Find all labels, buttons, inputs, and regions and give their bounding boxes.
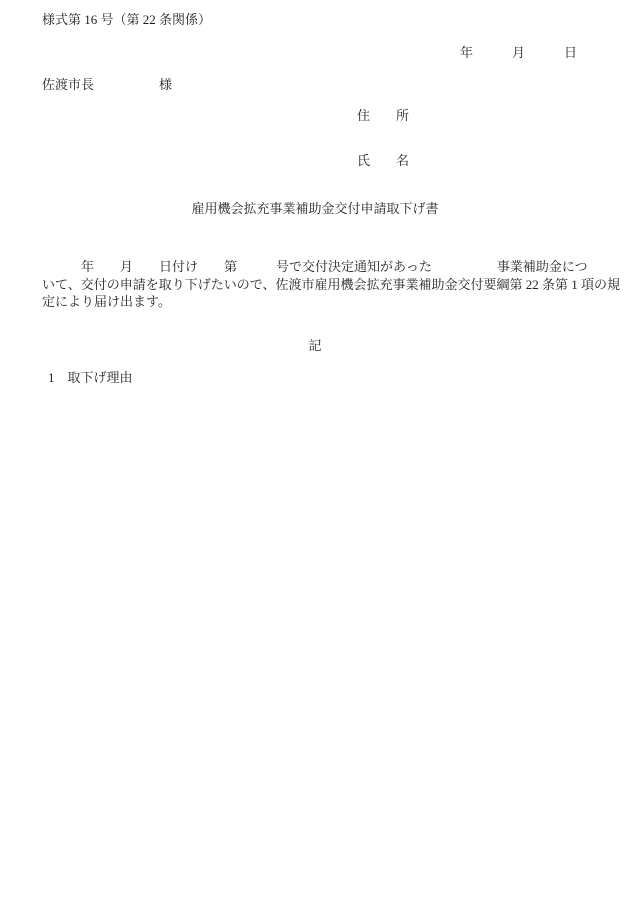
form-number: 様式第 16 号（第 22 条関係）	[42, 12, 211, 27]
body-line-2: いて、交付の申請を取り下げたいので、佐渡市雇用機会拡充事業補助金交付要綱第 22…	[42, 276, 594, 294]
name-label: 氏 名	[357, 153, 409, 168]
record-marker: 記	[0, 338, 630, 353]
body-paragraph: 年 月 日付け 第 号で交付決定通知があった 事業補助金につ いて、交付の申請を…	[42, 258, 594, 311]
body-line-3: 定により届け出ます。	[42, 293, 594, 311]
body-line-1: 年 月 日付け 第 号で交付決定通知があった 事業補助金につ	[42, 258, 594, 276]
item-withdrawal-reason: 1 取下げ理由	[48, 370, 133, 385]
date-line: 年 月 日	[460, 45, 577, 60]
document-title: 雇用機会拡充事業補助金交付申請取下げ書	[0, 201, 630, 216]
addressee-line: 佐渡市長 様	[42, 77, 172, 92]
document-page: 様式第 16 号（第 22 条関係） 年 月 日 佐渡市長 様 住 所 氏 名 …	[0, 0, 630, 903]
address-label: 住 所	[357, 108, 409, 123]
